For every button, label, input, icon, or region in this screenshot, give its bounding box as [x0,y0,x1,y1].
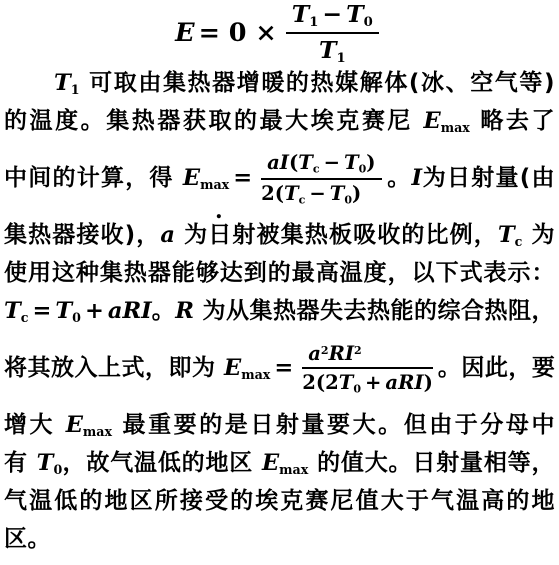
cjk-text: ，故气温低的地区 [62,450,262,476]
math-var: T [4,298,21,324]
math-operator: − [324,151,340,174]
text-line-10: 气温低的地区所接受的埃克赛尼值大于气温高的地 [4,482,555,520]
cjk-text: 为日射量(由 [422,165,555,191]
cjk-text: 略去了 [470,108,555,134]
math-sub: 0 [344,193,352,206]
math-paren: ) [352,182,361,205]
cjk-text: 区。 [4,526,51,552]
denominator: T1 [286,34,379,67]
math-var: a [160,222,175,248]
math-sub: max [279,462,308,477]
math-var: T [292,0,310,28]
denominator: 2(Tc−T0) [261,180,381,207]
cjk-text: 可取由集热器增暖的热媒解体(冰、空气等) [80,70,555,96]
cjk-text: 使用这种集热器能够达到的最高温度，以下式表示： [4,260,555,286]
math-var: T [339,371,354,394]
math-sub: max [83,424,112,439]
denominator: 2(2T0+aRI) [302,369,433,396]
math-var: T [330,182,345,205]
math-var: T [298,151,313,174]
math-sub: 0 [353,383,361,396]
math-var: aI [267,151,289,174]
math-var: T [37,450,54,476]
math-var: E [175,18,194,48]
math-sup: 2 [354,344,362,357]
cjk-text: 有 [4,450,37,476]
math-var: E [262,450,279,476]
math-sub: 0 [72,310,81,325]
cjk-text: 将其放入上式，即为 [4,355,224,381]
cjk-text: 集热器接收)， [4,222,160,248]
cjk-text: 的值大。日射量相等， [308,450,555,476]
numerator: a2RI2 [302,341,433,369]
math-operator: = [32,298,51,324]
math-sub: max [200,177,229,192]
math-sub: c [21,310,29,325]
text-line-2: 的温度。集热器获取的最大埃克赛尼 Emax 略去了 [4,102,555,140]
numerator: aI(Tc−T0) [261,150,381,179]
math-var: I [412,165,423,191]
math-operator: − [309,182,325,205]
math-var: aRI [108,298,152,324]
text-line-7: 将其放入上式，即为 Emax=a2RI22(2T0+aRI)。因此，要 [4,330,555,406]
math-num: 2( [261,182,284,205]
math-num: 2(2 [302,371,339,394]
cjk-text: 。 [152,298,176,324]
math-paren: ) [366,151,375,174]
math-var: aRI [385,371,423,394]
text-line-9: 有 T0，故气温低的地区 Emax 的值大。日射量相等， [4,444,555,482]
math-sub: 0 [364,15,373,30]
math-var: E [424,108,441,134]
math-sub: max [441,120,470,135]
math-var: T [54,70,71,96]
math-var: T [344,151,359,174]
math-sub: c [313,163,320,176]
math-sup: 2 [321,344,329,357]
math-sub: 1 [309,15,318,30]
text-line-8: 增大 Emax 最重要的是日射量要大。但由于分母中 [4,406,555,444]
math-paren: ( [289,151,298,174]
math-var: T [319,36,337,64]
math-sub: max [241,367,270,382]
math-operator: − [322,0,342,28]
math-var: R [175,298,194,324]
formula-tc-definition: Tc=T0+aRI [4,298,152,324]
math-operator: + [365,371,381,394]
math-var: E [183,165,200,191]
math-var: T [284,182,299,205]
math-sub: 1 [71,82,80,97]
cjk-text: 最重要的是日射量要大。但由于分母中 [112,412,555,438]
math-sub: c [299,193,306,206]
math-var: T [55,298,72,324]
text-line-6: Tc=T0+aRI。R 为从集热器失去热能的综合热阻， [4,292,555,330]
document-page: E = 0 × T1−T0 T1 . T1 可取由集热器增暖的热媒解体(冰、空气… [0,0,559,565]
math-operator: + [85,298,104,324]
cjk-text: 为从集热器失去热能的综合热阻， [194,298,555,324]
text-line-11: 区。 [4,520,555,558]
formula-emax-final: Emax=a2RI22(2T0+aRI) [224,355,438,381]
math-operator: = [233,165,252,191]
math-var: a [308,342,321,365]
fraction: T1−T0 T1 [286,0,379,67]
cjk-text: 为日射被集热板吸收的比例， [175,222,498,248]
text-line-3: 中间的计算，得 Emax=aI(Tc−T0)2(Tc−T0)。I为日射量(由 [4,140,555,216]
math-operator: = [274,355,293,381]
formula-emax-intermediate: Emax=aI(Tc−T0)2(Tc−T0) [183,165,387,191]
cjk-text: 的温度。集热器获取的最大埃克赛尼 [4,108,424,134]
math-var: RI [329,342,354,365]
math-var: T [498,222,515,248]
cjk-text: 。因此，要 [438,355,556,381]
cjk-text: 增大 [4,412,66,438]
math-paren: ) [424,371,433,394]
math-operator: = 0 × [199,18,277,48]
cjk-text: 中间的计算，得 [4,165,183,191]
fraction: a2RI22(2T0+aRI) [302,341,433,397]
math-var: E [66,412,83,438]
math-var: E [224,355,241,381]
math-var: T [346,0,364,28]
text-line-5: 使用这种集热器能够达到的最高温度，以下式表示： [4,254,555,292]
formula-exergy-definition: E = 0 × T1−T0 T1 [4,2,555,64]
stray-ink-dot: . [215,200,223,222]
cjk-text: 气温低的地区所接受的埃克赛尼值大于气温高的地 [4,488,555,514]
fraction: aI(Tc−T0)2(Tc−T0) [261,150,381,206]
cjk-text: 为 [522,222,555,248]
math-sub: 0 [53,462,62,477]
text-line-1: T1 可取由集热器增暖的热媒解体(冰、空气等) [4,64,555,102]
text-line-4: 集热器接收)，a 为日射被集热板吸收的比例，Tc 为 [4,216,555,254]
cjk-text: 。 [387,165,412,191]
numerator: T1−T0 [286,0,379,34]
